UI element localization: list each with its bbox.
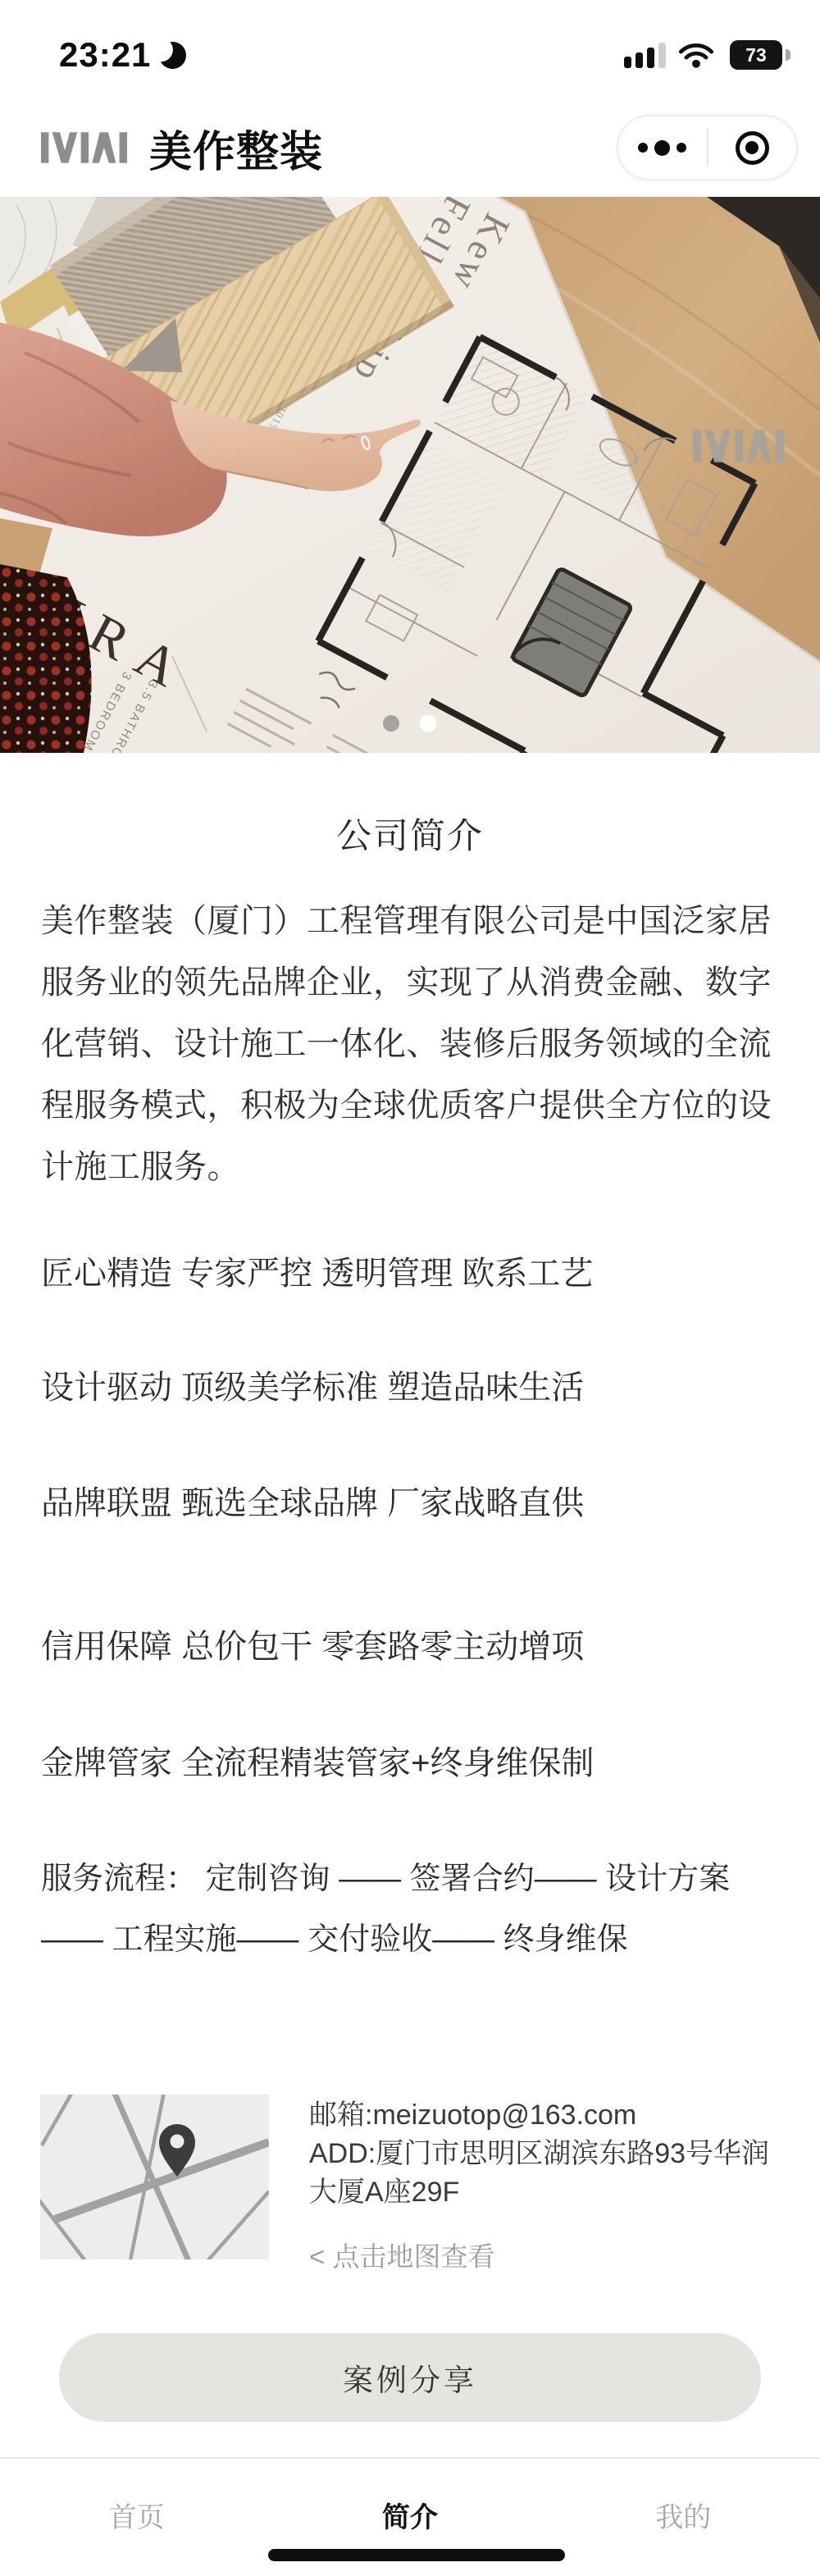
feature-line-butler: 金牌管家 全流程精装管家+终身维保制: [41, 1737, 594, 1784]
battery-level: 73: [745, 44, 767, 66]
dot-icon: [676, 143, 686, 153]
service-flow-text: 服务流程： 定制咨询 —— 签署合约—— 设计方案 —— 工程实施—— 交付验收…: [41, 1849, 789, 1970]
cellular-signal-icon: [624, 43, 666, 68]
tab-home-label: 首页: [109, 2495, 165, 2535]
home-indicator[interactable]: [268, 2549, 565, 2561]
moon-icon: [157, 39, 189, 71]
status-left: 23:21: [59, 35, 186, 75]
feature-line-brand: 品牌联盟 甄选全球品牌 厂家战略直供: [41, 1477, 584, 1524]
close-target-button[interactable]: [708, 116, 797, 179]
tab-bar: 首页 简介 我的: [0, 2457, 820, 2576]
wifi-icon: [678, 42, 714, 69]
company-intro-paragraph: 美作整装（厦门）工程管理有限公司是中国泛家居服务业的领先品牌企业，实现了从消费金…: [41, 891, 779, 1198]
more-button[interactable]: [618, 116, 707, 179]
tab-mine-label: 我的: [655, 2495, 711, 2535]
carousel-dot-active: [420, 715, 437, 732]
dot-icon: [654, 140, 670, 156]
feature-line-credit: 信用保障 总价包干 零套路零主动增项: [41, 1621, 584, 1667]
tab-intro-label: 简介: [382, 2495, 438, 2535]
target-circle-icon: [736, 131, 769, 165]
feature-line-design: 设计驱动 顶级美学标准 塑造品味生活: [41, 1361, 584, 1408]
contact-info: 邮箱:meizuotop@163.com ADD:厦门市思明区湖滨东路93号华润…: [309, 2096, 783, 2212]
dot-icon: [638, 143, 648, 153]
case-share-label: 案例分享: [343, 2355, 477, 2400]
battery-icon: 73: [730, 40, 782, 70]
hero-photo: Fellowship Kew 16 - 18 FELLOWS STREET, K…: [0, 197, 820, 753]
case-share-button[interactable]: 案例分享: [59, 2333, 761, 2422]
miniprogram-capsule: [617, 115, 798, 180]
carousel-dot: [383, 715, 399, 732]
contact-address: ADD:厦门市思明区湖滨东路93号华润大厦A座29F: [309, 2135, 783, 2212]
mini-program-page: 23:21 73 美作整装: [0, 0, 820, 2576]
map-thumbnail[interactable]: [40, 2095, 269, 2259]
status-bar: 23:21 73: [0, 0, 820, 98]
map-view-link[interactable]: < 点击地图查看: [309, 2236, 494, 2274]
hero-carousel[interactable]: Fellowship Kew 16 - 18 FELLOWS STREET, K…: [0, 197, 820, 753]
status-right: 73: [624, 40, 782, 70]
navbar: 美作整装: [0, 98, 820, 197]
tab-mine[interactable]: 我的: [547, 2459, 820, 2576]
feature-line-craft: 匠心精造 专家严控 透明管理 欧系工艺: [41, 1247, 593, 1294]
section-heading-company-intro: 公司简介: [0, 809, 820, 859]
contact-email: 邮箱:meizuotop@163.com: [309, 2096, 783, 2135]
page-title: 美作整装: [149, 117, 323, 179]
clock: 23:21: [59, 35, 151, 75]
brand-logo-iviai: [41, 130, 127, 166]
tab-home[interactable]: 首页: [0, 2459, 273, 2576]
